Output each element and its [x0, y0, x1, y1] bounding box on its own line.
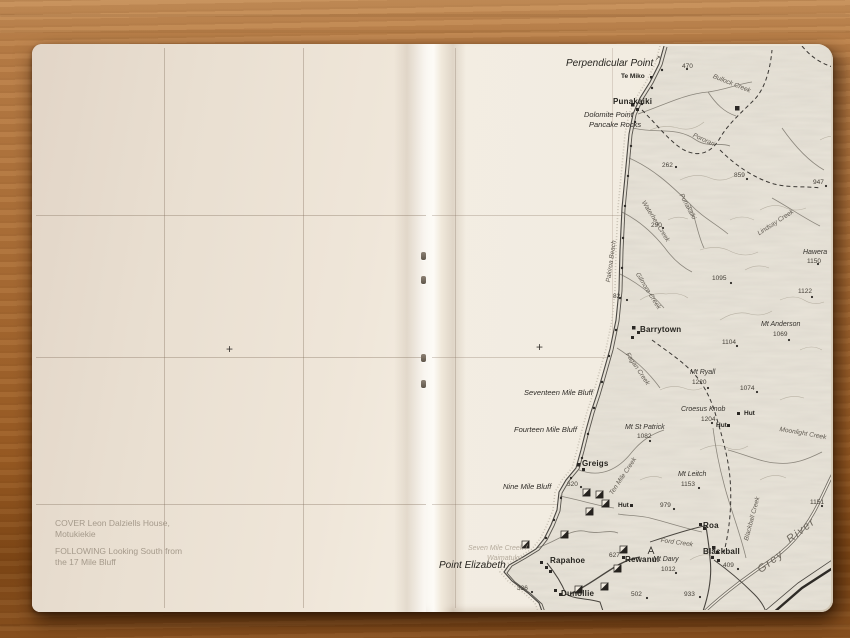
topo-map-graphics	[0, 0, 850, 638]
photo-of-open-map-book: COVER Leon Dalziells House, Motukiekie F…	[0, 0, 850, 638]
land-area	[427, 46, 836, 614]
